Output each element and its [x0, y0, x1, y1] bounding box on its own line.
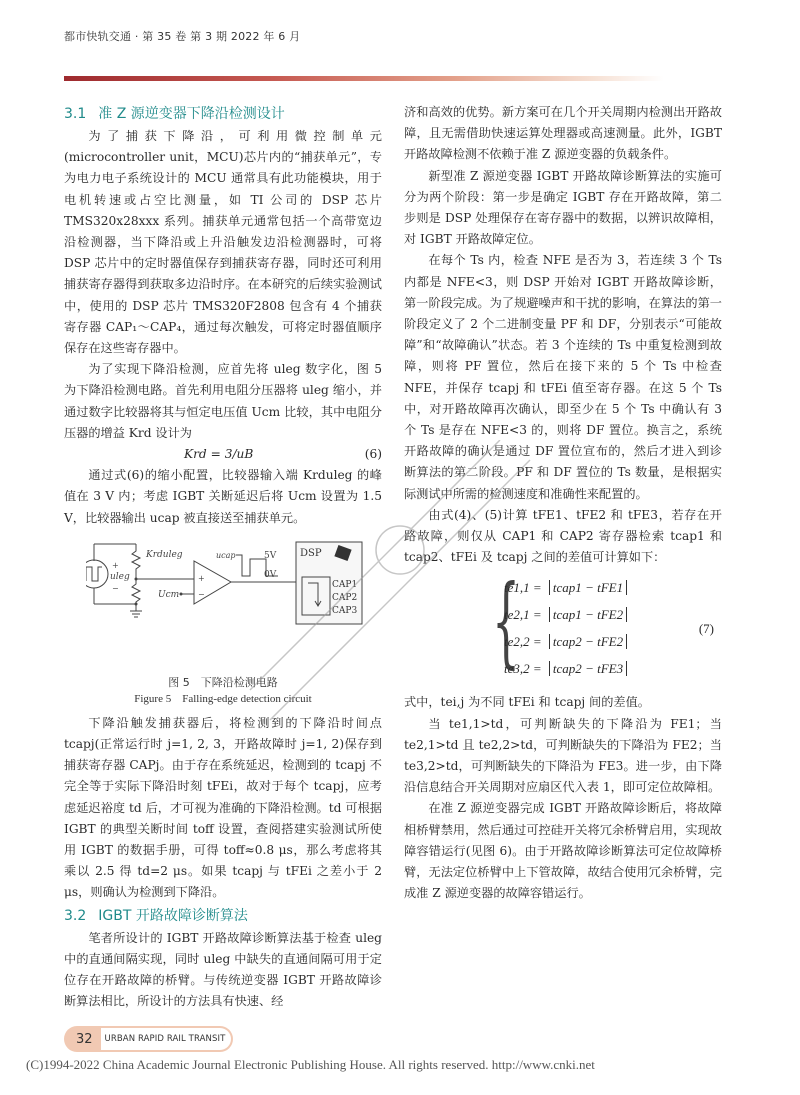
paragraph: 通过式(6)的缩小配置，比较器输入端 Krduleg 的峰值在 3 V 内；考虑… — [64, 465, 382, 529]
equation-6: Krd = 3/uB (6) — [64, 444, 382, 465]
equation-number: (7) — [699, 618, 714, 639]
resistor-icon — [132, 579, 140, 611]
svg-text:uleg: uleg — [110, 572, 130, 582]
svg-text:Ucm: Ucm — [158, 590, 179, 600]
journal-header: 都市快轨交通 · 第 35 卷 第 3 期 2022 年 6 月 — [64, 28, 300, 44]
figure-5: + uleg − Krduleg + − Ucm ucap — [64, 535, 382, 673]
square-wave-source-icon — [86, 560, 108, 588]
paragraph: 下降沿触发捕获器后，将检测到的下降沿时间点 tcapj(正常运行时 j=1, 2… — [64, 713, 382, 904]
paragraph: 由式(4)、(5)计算 tFE1、tFE2 和 tFE3，若存在开路故障，则仅从… — [404, 505, 722, 569]
svg-text:+: + — [198, 574, 205, 583]
paragraph: 笔者所设计的 IGBT 开路故障诊断算法基于检查 uleg 中的直通间隔实现，同… — [64, 928, 382, 1013]
left-column: 3.1准 Z 源逆变器下降沿检测设计 为了捕获下降沿，可利用微控制单元(micr… — [64, 102, 382, 1013]
svg-text:CAP3: CAP3 — [332, 606, 357, 616]
svg-text:−: − — [198, 590, 205, 599]
svg-text:+: + — [112, 561, 119, 570]
page-number: 32 — [64, 1026, 101, 1052]
svg-text:ucap: ucap — [216, 551, 236, 560]
svg-text:5V: 5V — [264, 551, 277, 561]
paragraph: 在每个 Ts 内，检查 NFE 是否为 3，若连续 3 个 Ts 内都是 NFE… — [404, 250, 722, 504]
figure-caption-en: Figure 5 Falling-edge detection circuit — [64, 691, 382, 707]
equation-body: Krd = 3/uB — [184, 444, 253, 465]
resistor-icon — [132, 544, 140, 579]
section-title: 准 Z 源逆变器下降沿检测设计 — [98, 106, 285, 122]
copyright-notice: (C)1994-2022 China Academic Journal Elec… — [26, 1057, 595, 1073]
section-heading-3-2: 3.2IGBT 开路故障诊断算法 — [64, 904, 382, 928]
right-column: 济和高效的优势。新方案可在几个开关周期内检测出开路故障，且无需借助快速运算处理器… — [404, 102, 722, 905]
paragraph: 当 te1,1>td，可判断缺失的下降沿为 FE1；当 te2,1>td 且 t… — [404, 714, 722, 799]
equation-row: te1,1 = tcap1 − tFE1 — [504, 574, 627, 601]
section-heading-3-1: 3.1准 Z 源逆变器下降沿检测设计 — [64, 102, 382, 126]
journal-name-en: URBAN RAPID RAIL TRANSIT — [101, 1026, 234, 1052]
equation-7: { te1,1 = tcap1 − tFE1 te2,1 = tcap1 − t… — [404, 570, 722, 690]
paragraph: 为了捕获下降沿，可利用微控制单元(microcontroller unit，MC… — [64, 126, 382, 359]
svg-text:0V: 0V — [264, 570, 277, 580]
equation-rows: te1,1 = tcap1 − tFE1 te2,1 = tcap1 − tFE… — [504, 574, 627, 682]
header-divider — [64, 76, 664, 81]
svg-text:−: − — [112, 584, 119, 593]
paragraph: 在准 Z 源逆变器完成 IGBT 开路故障诊断后，将故障相桥臂禁用，然后通过可控… — [404, 798, 722, 904]
falling-edge-circuit-diagram: + uleg − Krduleg + − Ucm ucap — [86, 539, 386, 639]
equation-row: te2,1 = tcap1 − tFE2 — [504, 601, 627, 628]
svg-text:Krduleg: Krduleg — [145, 550, 183, 560]
equation-row: te3,2 = tcap2 − tFE3 — [504, 655, 627, 682]
paragraph: 济和高效的优势。新方案可在几个开关周期内检测出开路故障，且无需借助快速运算处理器… — [404, 102, 722, 166]
equation-number: (6) — [365, 444, 382, 465]
svg-text:CAP2: CAP2 — [332, 593, 357, 603]
section-title: IGBT 开路故障诊断算法 — [98, 908, 248, 924]
section-number: 3.1 — [64, 106, 86, 122]
paragraph: 新型准 Z 源逆变器 IGBT 开路故障诊断算法的实施可分为两个阶段：第一步是确… — [404, 166, 722, 251]
figure-caption-cn: 图 5 下降沿检测电路 — [64, 675, 382, 691]
svg-text:DSP: DSP — [300, 548, 322, 559]
paragraph: 式中，tei,j 为不同 tFEi 和 tcapj 间的差值。 — [404, 692, 722, 713]
svg-text:CAP1: CAP1 — [332, 580, 357, 590]
section-number: 3.2 — [64, 908, 86, 924]
equation-row: te2,2 = tcap2 − tFE2 — [504, 628, 627, 655]
paragraph: 为了实现下降沿检测，应首先将 uleg 数字化，图 5 为下降沿检测电路。首先利… — [64, 359, 382, 444]
page-badge: 32 URBAN RAPID RAIL TRANSIT — [64, 1026, 233, 1052]
